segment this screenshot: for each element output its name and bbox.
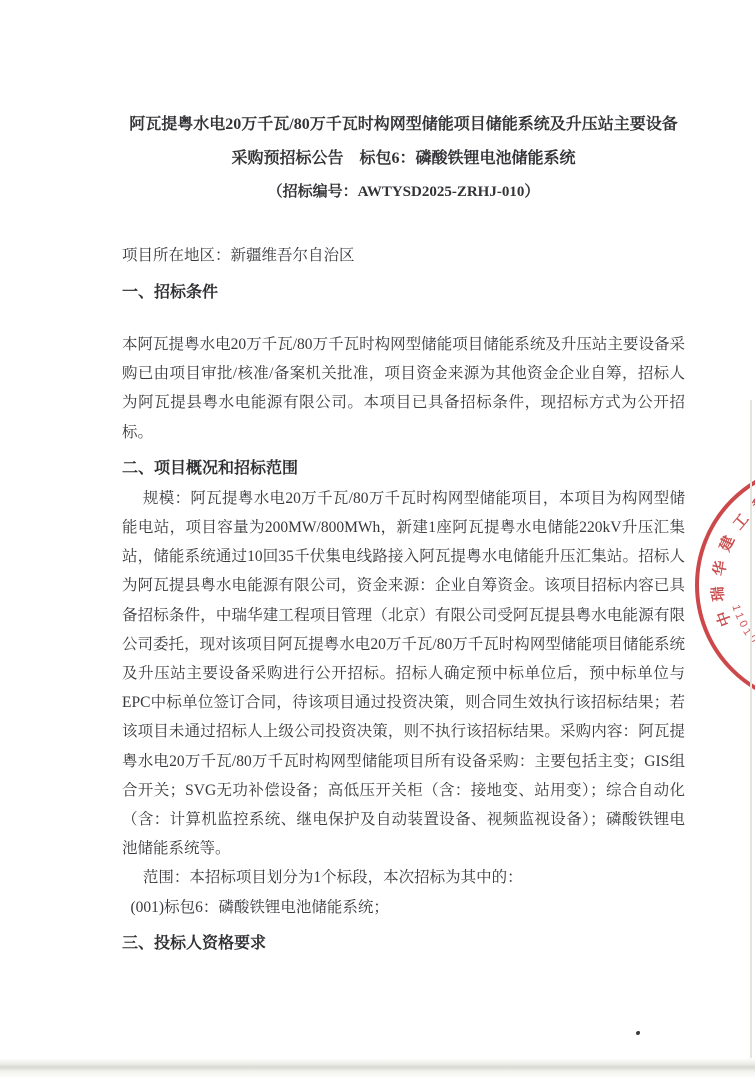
stamp-serial-digit: 1 — [739, 624, 755, 641]
project-location: 项目所在地区：新疆维吾尔自治区 — [122, 241, 685, 271]
title-line-1: 阿瓦提粤水电20万千瓦/80万千瓦时构网型储能项目储能系统及升压站主要设备 — [122, 108, 685, 142]
section-2-scale-paragraph: 规模：阿瓦提粤水电20万千瓦/80万千瓦时构网型储能项目，本项目为构网型储能电站… — [122, 484, 685, 864]
scan-page-bottom-edge — [0, 1058, 755, 1077]
stamp-company-char: 中 — [710, 606, 736, 632]
tender-number: （招标编号：AWTYSD2025-ZRHJ-010） — [122, 176, 685, 209]
stamp-serial-digit: 1 — [731, 609, 747, 625]
section-2-heading: 二、项目概况和招标范围 — [122, 454, 685, 484]
stamp-company-char: 华 — [707, 556, 730, 579]
stamp-company-char: 建 — [713, 529, 740, 556]
section-1-paragraph: 本阿瓦提粤水电20万千瓦/80万千瓦时构网型储能项目储能系统及升压站主要设备采购… — [122, 330, 685, 447]
official-stamp: 中瑞华建工程11010 — [695, 463, 755, 707]
section-2-lot-paragraph: (001)标包6：磷酸铁锂电池储能系统； — [122, 893, 685, 922]
title-line-2: 采购预招标公告 标包6：磷酸铁锂电池储能系统 — [122, 142, 685, 176]
stamp-company-char: 瑞 — [707, 583, 729, 605]
scanned-document-page: 阿瓦提粤水电20万千瓦/80万千瓦时构网型储能项目储能系统及升压站主要设备 采购… — [0, 0, 755, 1077]
ink-speck — [636, 1031, 640, 1035]
document-body: 阿瓦提粤水电20万千瓦/80万千瓦时构网型储能项目储能系统及升压站主要设备 采购… — [122, 108, 685, 959]
stamp-ring — [695, 463, 755, 707]
scan-page-right-edge — [750, 400, 752, 1065]
stamp-serial-digit: 0 — [735, 616, 751, 632]
section-1-heading: 一、招标条件 — [122, 278, 685, 308]
stamp-serial-digit: 1 — [729, 601, 744, 616]
document-title: 阿瓦提粤水电20万千瓦/80万千瓦时构网型储能项目储能系统及升压站主要设备 采购… — [122, 108, 685, 176]
section-2-scope-paragraph: 范围：本招标项目划分为1个标段，本次招标为其中的： — [122, 863, 685, 892]
section-3-heading: 三、投标人资格要求 — [122, 929, 685, 959]
